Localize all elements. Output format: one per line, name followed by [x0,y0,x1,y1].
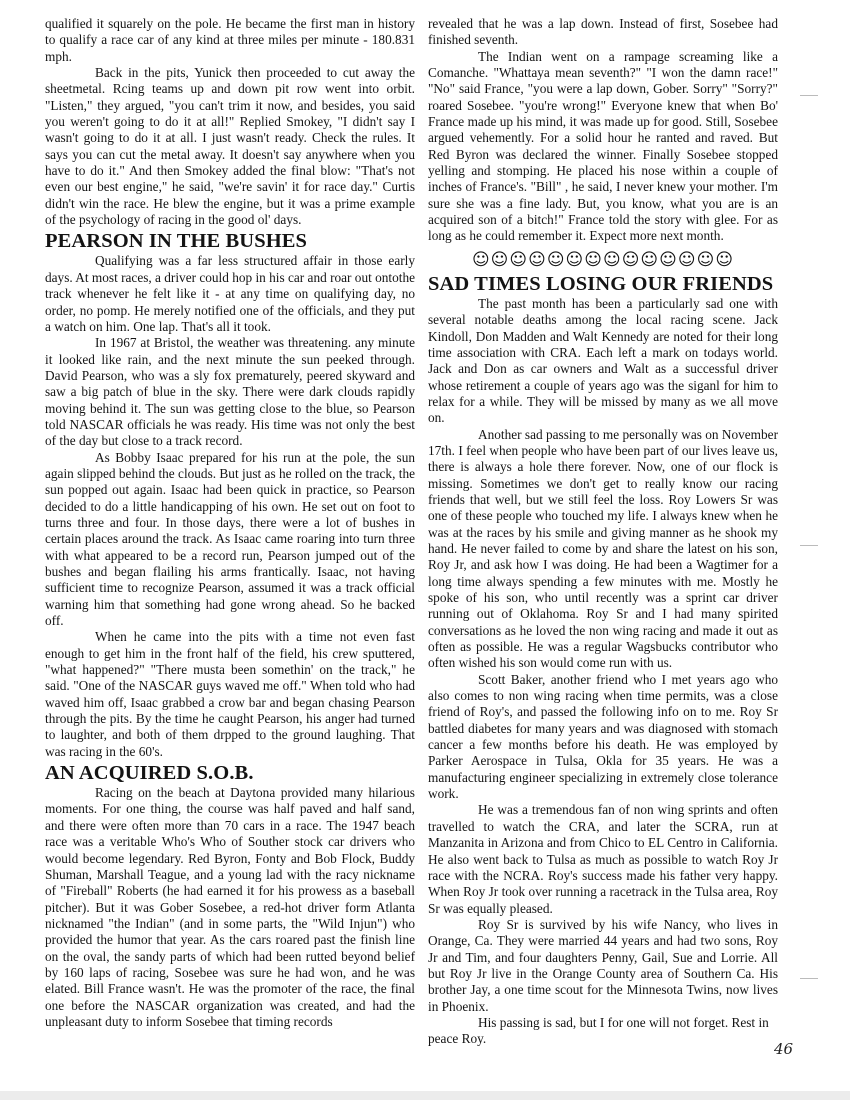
page-number: 46 [774,1040,793,1058]
paragraph: As Bobby Isaac prepared for his run at t… [45,450,415,630]
scan-artifact [800,978,818,979]
paragraph: revealed that he was a lap down. Instead… [428,16,778,49]
section-heading-sob: AN ACQUIRED S.O.B. [45,762,415,784]
paragraph: His passing is sad, but I for one will n… [428,1015,778,1048]
paragraph: The past month has been a particularly s… [428,296,778,427]
paragraph: Another sad passing to me personally was… [428,427,778,672]
paragraph: The Indian went on a rampage screaming l… [428,49,778,245]
section-heading-pearson: PEARSON IN THE BUSHES [45,230,415,252]
scan-bottom-edge [0,1091,850,1100]
paragraph: Qualifying was a far less structured aff… [45,253,415,335]
smiley-face-icon-row: ☺☺☺☺☺☺☺☺☺☺☺☺☺☺ [428,249,778,271]
paragraph: qualified it squarely on the pole. He be… [45,16,415,65]
paragraph: Back in the pits, Yunick then proceeded … [45,65,415,228]
paragraph: Roy Sr is survived by his wife Nancy, wh… [428,917,778,1015]
section-heading-sad-times: SAD TIMES LOSING OUR FRIENDS [428,273,778,295]
left-column: qualified it squarely on the pole. He be… [45,16,415,1030]
scan-artifact [800,95,818,96]
paragraph: He was a tremendous fan of non wing spri… [428,802,778,916]
paragraph: Scott Baker, another friend who I met ye… [428,672,778,803]
paragraph: In 1967 at Bristol, the weather was thre… [45,335,415,449]
paragraph: When he came into the pits with a time n… [45,629,415,760]
paragraph: Racing on the beach at Daytona provided … [45,785,415,1030]
right-column: revealed that he was a lap down. Instead… [428,16,778,1048]
scan-artifact [800,545,818,546]
newsletter-page: qualified it squarely on the pole. He be… [0,0,850,1100]
